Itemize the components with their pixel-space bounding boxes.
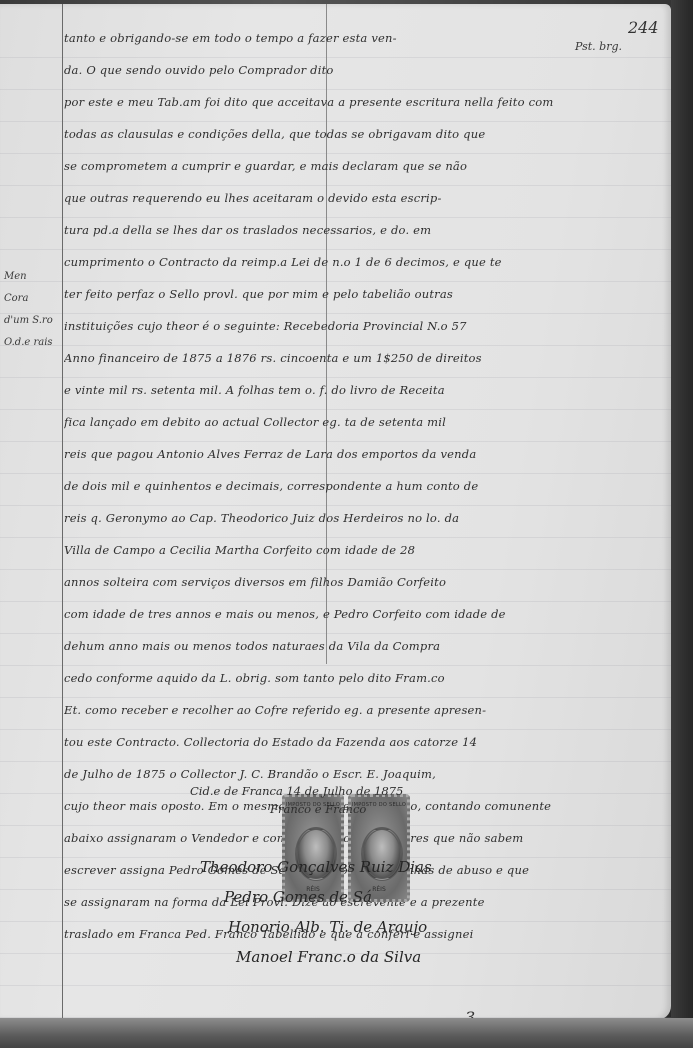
manuscript-line: por este e meu Tab.am foi dito que accei…: [64, 86, 664, 118]
margin-note-line: Men: [4, 266, 62, 288]
manuscript-line: e vinte mil rs. setenta mil. A folhas te…: [64, 374, 664, 406]
margin-note: Men Cora d'um S.ro O.d.e rais: [4, 266, 62, 354]
manuscript-line: tou este Contracto. Collectoria do Estad…: [64, 726, 664, 758]
signature-block: Theodoro Gonçalves Ruiz Dias Pedro Gomes…: [200, 852, 560, 972]
closing-signature: Franco e Franco: [270, 802, 403, 816]
manuscript-line: ter feito perfaz o Sello provl. que por …: [64, 278, 664, 310]
manuscript-line: com idade de tres annos e mais ou menos,…: [64, 598, 664, 630]
manuscript-line: Et. como receber e recolher ao Cofre ref…: [64, 694, 664, 726]
manuscript-line: Anno financeiro de 1875 a 1876 rs. cinco…: [64, 342, 664, 374]
closing-block: Cid.e de Franca 14 de Julho de 1875 Fran…: [190, 784, 403, 816]
document-page: 244 Pst. brg. Men Cora d'um S.ro O.d.e r…: [0, 4, 671, 1020]
manuscript-line: de dois mil e quinhentos e decimais, cor…: [64, 470, 664, 502]
manuscript-line: reis que pagou Antonio Alves Ferraz de L…: [64, 438, 664, 470]
manuscript-line: da. O que sendo ouvido pelo Comprador di…: [64, 54, 664, 86]
margin-rule: [62, 4, 63, 1020]
manuscript-line: reis q. Geronymo ao Cap. Theodorico Juiz…: [64, 502, 664, 534]
signature: Manoel Franc.o da Silva: [236, 942, 560, 972]
closing-date: Cid.e de Franca 14 de Julho de 1875: [190, 784, 403, 798]
manuscript-line: dehum anno mais ou menos todos naturaes …: [64, 630, 664, 662]
manuscript-line: que outras requerendo eu lhes aceitaram …: [64, 182, 664, 214]
margin-note-line: d'um S.ro: [4, 310, 62, 332]
manuscript-line: tanto e obrigando-se em todo o tempo a f…: [64, 22, 664, 54]
manuscript-line: Villa de Campo a Cecilia Martha Corfeito…: [64, 534, 664, 566]
signature: Pedro Gomes de Sá: [224, 882, 560, 912]
manuscript-line: instituições cujo theor é o seguinte: Re…: [64, 310, 664, 342]
manuscript-line: se comprometem a cumprir e guardar, e ma…: [64, 150, 664, 182]
manuscript-line: todas as clausulas e condições della, qu…: [64, 118, 664, 150]
manuscript-line: annos solteira com serviços diversos em …: [64, 566, 664, 598]
manuscript-line: fica lançado em debito ao actual Collect…: [64, 406, 664, 438]
manuscript-line: tura pd.a della se lhes dar os traslados…: [64, 214, 664, 246]
scanner-right-edge: [671, 0, 693, 1048]
margin-note-line: O.d.e rais: [4, 332, 62, 354]
manuscript-line: cumprimento o Contracto da reimp.a Lei d…: [64, 246, 664, 278]
scanner-bottom-edge: [0, 1018, 693, 1048]
margin-note-line: Cora: [4, 288, 62, 310]
signature: Theodoro Gonçalves Ruiz Dias: [200, 852, 560, 882]
signature: Honorio Alb. Ti. de Araujo: [228, 912, 560, 942]
manuscript-line: cedo conforme aquido da L. obrig. som ta…: [64, 662, 664, 694]
